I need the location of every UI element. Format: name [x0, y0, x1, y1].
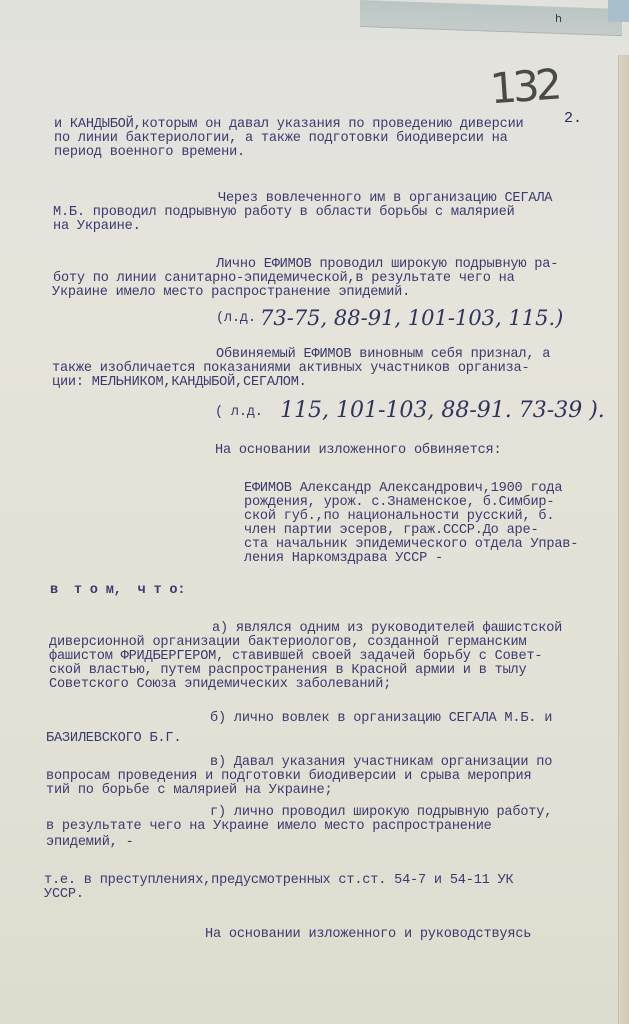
text-line: боту по линии санитарно-эпидемической,в … [53, 272, 515, 286]
archive-folio-number: 132 [488, 60, 559, 114]
text-line: в результате чего на Украине имело место… [46, 820, 492, 834]
text-line: а) являлся одним из руководителей фашист… [212, 622, 562, 636]
text-line: ской властью, путем распространения в Кр… [49, 664, 526, 678]
typed-page-number: 2. [564, 110, 582, 127]
text-line: на Украине. [53, 220, 141, 234]
reference-prefix: ( л.д. [215, 406, 263, 420]
text-line: рождения, урож. с.Знаменское, б.Симбир- [244, 496, 554, 510]
text-line: тий по борьбе с малярией на Украине; [46, 784, 332, 798]
handwritten-reference: 115, 101-103, 88-91. 73-39 ). [280, 398, 605, 423]
text-line: эпидемий, - [46, 836, 134, 850]
text-line: также изобличается показаниями активных … [52, 362, 529, 376]
underlying-sheet-mark: h [555, 12, 562, 25]
background-corner [608, 0, 629, 22]
text-line: г) лично проводил широкую подрывную рабо… [210, 806, 552, 820]
text-line: член партии эсеров, граж.СССР.До аре- [244, 524, 538, 538]
text-line: период военного времени. [54, 146, 245, 160]
text-line: диверсионной организации бактериологов, … [49, 636, 526, 650]
text-line: Украине имело место распространение эпид… [52, 286, 410, 300]
text-line: т.е. в преступлениях,предусмотренных ст.… [44, 874, 514, 888]
text-line: и КАНДЫБОЙ,которым он давал указания по … [54, 118, 524, 132]
text-line: УССР. [44, 888, 84, 902]
text-line: ста начальник эпидемического отдела Упра… [244, 538, 578, 552]
text-line: М.Б. проводил подрывную работу в области… [53, 206, 515, 220]
text-line: ления Наркомздрава УССР - [244, 552, 443, 566]
text-line: ЕФИМОВ Александр Александрович,1900 года [244, 482, 562, 496]
text-line: На основании изложенного и руководствуяс… [205, 928, 531, 942]
text-line: Лично ЕФИМОВ проводил широкую подрывную … [216, 258, 558, 272]
handwritten-reference: 73-75, 88-91, 101-103, 115.) [260, 306, 563, 330]
text-line: вопросам проведения и подготовки биодиве… [46, 770, 531, 784]
text-line: Обвиняемый ЕФИМОВ виновным себя признал,… [216, 348, 550, 362]
text-line: На основании изложенного обвиняется: [215, 444, 501, 458]
text-line: БАЗИЛЕВСКОГО Б.Г. [46, 732, 181, 746]
text-line: Через вовлеченного им в организацию СЕГА… [218, 192, 552, 206]
text-line: фашистом ФРИДБЕРГЕРОМ, ставившей своей з… [49, 650, 542, 664]
text-line: по линии бактериологии, а также подготов… [54, 132, 508, 146]
paper-right-edge [618, 55, 629, 1024]
reference-prefix: (л.д. [216, 312, 256, 326]
text-line: Советского Союза эпидемических заболеван… [49, 678, 391, 692]
text-line: б) лично вовлек в организацию СЕГАЛА М.Б… [210, 712, 552, 726]
text-line: ции: МЕЛЬНИКОМ,КАНДЫБОЙ,СЕГАЛОМ. [52, 376, 307, 390]
section-heading: в т о м, ч т о: [50, 584, 185, 598]
text-line: в) Давал указания участникам организации… [210, 756, 552, 770]
text-line: ской губ.,по национальности русский, б. [244, 510, 554, 524]
